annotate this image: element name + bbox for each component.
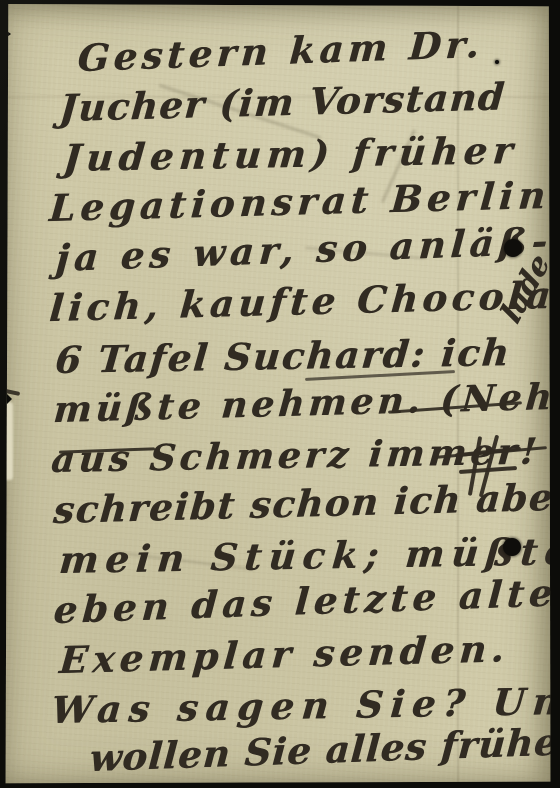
crossed-out-word-scribble xyxy=(453,434,533,506)
scribble-stroke xyxy=(455,447,521,458)
handwriting-line: müßte nehmen. (Nehmen xyxy=(52,376,560,428)
handwriting-line: ja es war, so anläß- xyxy=(54,223,553,277)
ink-speck xyxy=(495,60,499,64)
punch-hole-top xyxy=(504,239,522,257)
handwriting-line: Jucher (im Vorstand xyxy=(58,78,507,127)
scribble-stroke xyxy=(479,435,499,498)
punch-hole-bottom xyxy=(503,538,521,556)
scribble-stroke xyxy=(468,436,482,496)
handwriting-line: Gestern kam Dr. xyxy=(76,26,484,77)
letter-paper: Gestern kam Dr.Jucher (im VorstandJudent… xyxy=(5,4,551,784)
handwriting-line: Legationsrat Berlin xyxy=(48,177,551,227)
handwriting-line: Exemplar senden. xyxy=(58,630,510,679)
handwriting-line: lich, kaufte Chocola xyxy=(48,277,556,327)
handwriting-line: wollen Sie alles früher xyxy=(88,723,560,777)
handwriting-line: Judentum) früher xyxy=(62,132,520,177)
handwriting-line: eben das letzte alte xyxy=(52,574,558,629)
